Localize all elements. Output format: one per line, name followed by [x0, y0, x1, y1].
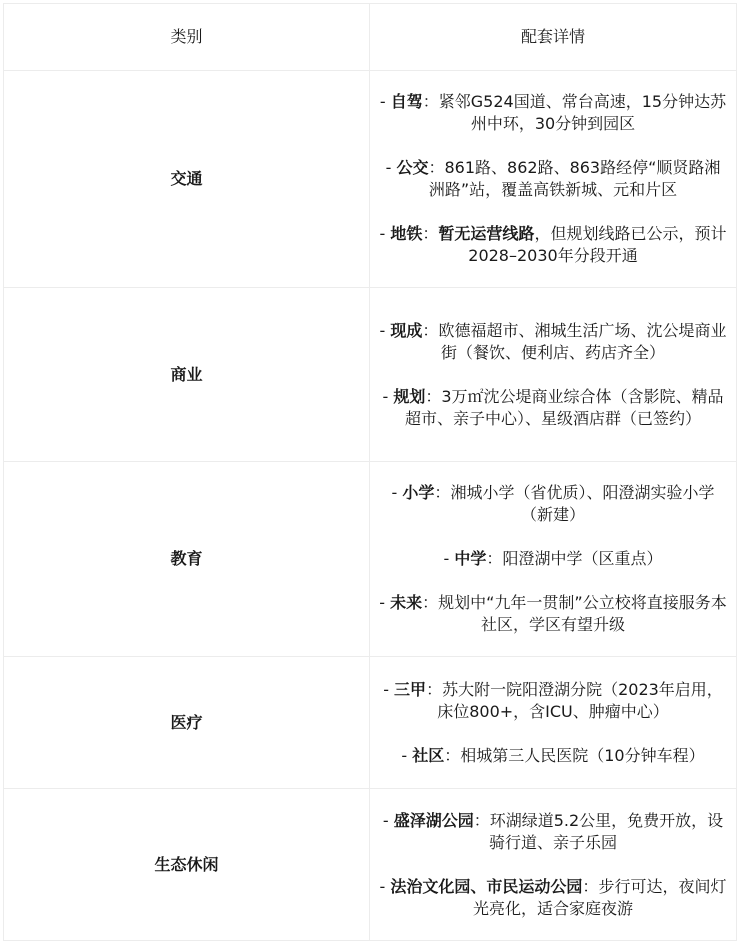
category-cell: 商业 [4, 288, 370, 462]
detail-text: 861路、862路、863路经停“顺贤路湘洲路”站，覆盖高铁新城、元和片区 [429, 158, 721, 199]
amenities-table: 类别 配套详情 交通- 自驾：紧邻G524国道、常台高速，15分钟达苏州中环，3… [3, 3, 737, 941]
detail-separator: ： [422, 321, 438, 340]
detail-text: 阳澄湖中学（区重点） [502, 549, 662, 568]
category-cell: 医疗 [4, 657, 370, 789]
detail-text: 规划中“九年一贯制”公立校将直接服务本社区，学区有望升级 [438, 593, 727, 634]
header-row: 类别 配套详情 [4, 4, 737, 71]
detail-label: 中学 [454, 549, 486, 568]
detail-separator: ： [422, 593, 438, 612]
table-row: 医疗- 三甲：苏大附一院阳澄湖分院（2023年启用，床位800+，含ICU、肿瘤… [4, 657, 737, 789]
detail-item: - 未来：规划中“九年一贯制”公立校将直接服务本社区，学区有望升级 [378, 592, 728, 636]
detail-separator: ： [444, 746, 460, 765]
detail-item: - 公交：861路、862路、863路经停“顺贤路湘洲路”站，覆盖高铁新城、元和… [378, 157, 728, 201]
detail-label: 现成 [390, 321, 422, 340]
details-cell: - 自驾：紧邻G524国道、常台高速，15分钟达苏州中环，30分钟到园区- 公交… [370, 71, 737, 288]
detail-text: 紧邻G524国道、常台高速，15分钟达苏州中环，30分钟到园区 [439, 92, 726, 133]
table-row: 商业- 现成：欧德福超市、湘城生活广场、沈公堤商业街（餐饮、便利店、药店齐全）-… [4, 288, 737, 462]
detail-label: 盛泽湖公园 [394, 811, 474, 830]
detail-label: 自驾 [391, 92, 423, 111]
detail-separator: ： [423, 92, 439, 111]
detail-separator: ： [425, 387, 441, 406]
detail-label: 三甲 [394, 680, 426, 699]
detail-item: - 现成：欧德福超市、湘城生活广场、沈公堤商业街（餐饮、便利店、药店齐全） [378, 320, 728, 364]
detail-label: 地铁 [390, 224, 422, 243]
header-category: 类别 [4, 4, 370, 71]
detail-label: 公交 [396, 158, 428, 177]
detail-separator: ： [426, 680, 442, 699]
detail-text: 环湖绿道5.2公里，免费开放，设骑行道、亲子乐园 [489, 811, 723, 852]
detail-label: 未来 [390, 593, 422, 612]
detail-text: 湘城小学（省优质）、阳澄湖实验小学（新建） [450, 483, 714, 524]
detail-item: - 社区：相城第三人民医院（10分钟车程） [378, 745, 728, 767]
detail-item: - 中学：阳澄湖中学（区重点） [378, 548, 728, 570]
category-cell: 教育 [4, 462, 370, 657]
detail-item: - 小学：湘城小学（省优质）、阳澄湖实验小学（新建） [378, 482, 728, 526]
detail-item: - 法治文化园、市民运动公园：步行可达，夜间灯光亮化，适合家庭夜游 [378, 876, 728, 920]
detail-label: 法治文化园、市民运动公园 [390, 877, 582, 896]
detail-text: 苏大附一院阳澄湖分院（2023年启用，床位800+，含ICU、肿瘤中心） [437, 680, 723, 721]
detail-item: - 规划：3万㎡沈公堤商业综合体（含影院、精品超市、亲子中心）、星级酒店群（已签… [378, 386, 728, 430]
detail-label: 社区 [412, 746, 444, 765]
table-row: 生态休闲- 盛泽湖公园：环湖绿道5.2公里，免费开放，设骑行道、亲子乐园- 法治… [4, 789, 737, 941]
detail-separator: ： [486, 549, 502, 568]
detail-text: 欧德福超市、湘城生活广场、沈公堤商业街（餐饮、便利店、药店齐全） [438, 321, 726, 362]
detail-label: 规划 [393, 387, 425, 406]
detail-item: - 自驾：紧邻G524国道、常台高速，15分钟达苏州中环，30分钟到园区 [378, 91, 728, 135]
detail-separator: ： [428, 158, 444, 177]
table-row: 教育- 小学：湘城小学（省优质）、阳澄湖实验小学（新建）- 中学：阳澄湖中学（区… [4, 462, 737, 657]
detail-separator: ： [422, 224, 438, 243]
detail-separator: ： [474, 811, 490, 830]
detail-separator: ： [434, 483, 450, 502]
details-cell: - 现成：欧德福超市、湘城生活广场、沈公堤商业街（餐饮、便利店、药店齐全）- 规… [370, 288, 737, 462]
detail-emphasis: 暂无运营线路 [438, 224, 534, 243]
detail-text: 相城第三人民医院（10分钟车程） [460, 746, 704, 765]
detail-separator: ： [582, 877, 598, 896]
details-cell: - 盛泽湖公园：环湖绿道5.2公里，免费开放，设骑行道、亲子乐园- 法治文化园、… [370, 789, 737, 941]
detail-item: - 盛泽湖公园：环湖绿道5.2公里，免费开放，设骑行道、亲子乐园 [378, 810, 728, 854]
header-details: 配套详情 [370, 4, 737, 71]
table-row: 交通- 自驾：紧邻G524国道、常台高速，15分钟达苏州中环，30分钟到园区- … [4, 71, 737, 288]
detail-label: 小学 [402, 483, 434, 502]
category-cell: 交通 [4, 71, 370, 288]
detail-item: - 三甲：苏大附一院阳澄湖分院（2023年启用，床位800+，含ICU、肿瘤中心… [378, 679, 728, 723]
details-cell: - 三甲：苏大附一院阳澄湖分院（2023年启用，床位800+，含ICU、肿瘤中心… [370, 657, 737, 789]
detail-text: 3万㎡沈公堤商业综合体（含影院、精品超市、亲子中心）、星级酒店群（已签约） [405, 387, 724, 428]
category-cell: 生态休闲 [4, 789, 370, 941]
detail-item: - 地铁：暂无运营线路，但规划线路已公示，预计2028–2030年分段开通 [378, 223, 728, 267]
details-cell: - 小学：湘城小学（省优质）、阳澄湖实验小学（新建）- 中学：阳澄湖中学（区重点… [370, 462, 737, 657]
